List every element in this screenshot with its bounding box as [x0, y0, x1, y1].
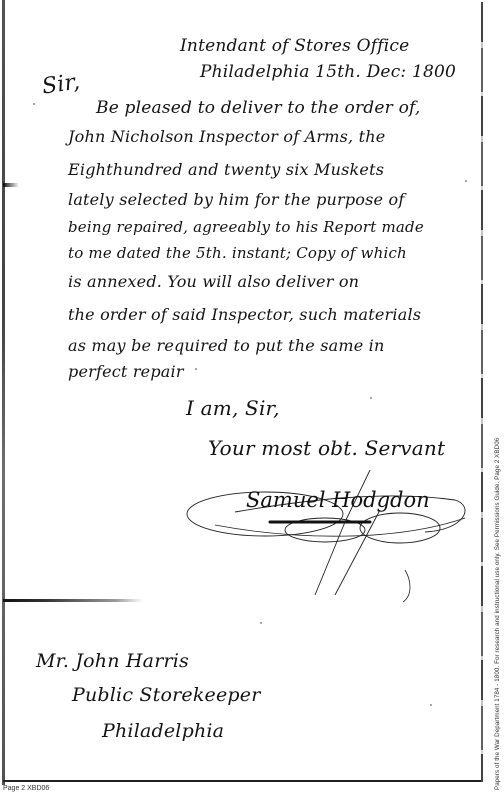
address-title: Public Storekeeper — [72, 684, 261, 706]
body-line-4: lately selected by him for the purpose o… — [68, 190, 404, 209]
scan-speck — [260, 622, 262, 624]
page-label: Page 2 XBD06 — [3, 785, 49, 792]
body-line-5: being repaired, agreeably to his Report … — [68, 218, 424, 236]
body-line-3: Eighthundred and twenty six Muskets — [68, 160, 384, 179]
body-line-7: is annexed. You will also deliver on — [68, 272, 359, 291]
scan-speck — [195, 368, 197, 370]
office-heading: Intendant of Stores Office — [180, 36, 409, 56]
body-line-10: perfect repair — [68, 362, 184, 381]
archive-side-caption: Papers of the War Department 1784 - 1800… — [494, 438, 501, 790]
scan-speck — [33, 103, 35, 105]
scan-speck — [465, 180, 467, 182]
paper-fold-mark — [3, 183, 19, 187]
address-city: Philadelphia — [102, 720, 224, 742]
place-date-line: Philadelphia 15th. Dec: 1800 — [200, 62, 456, 82]
paper-edge-bottom — [3, 780, 481, 782]
body-line-6: to me dated the 5th. instant; Copy of wh… — [68, 244, 407, 262]
scanned-letter-page: Intendant of Stores Office Philadelphia … — [0, 0, 504, 800]
closing-line-2: Your most obt. Servant — [208, 436, 445, 460]
closing-line-1: I am, Sir, — [186, 396, 280, 420]
salutation: Sir, — [40, 69, 81, 99]
body-line-8: the order of said Inspector, such materi… — [68, 305, 421, 324]
paper-edge-left — [2, 0, 5, 785]
paper-edge-right — [481, 2, 483, 782]
signature: Samuel Hodgdon — [246, 488, 430, 512]
scan-speck — [370, 397, 372, 399]
scan-speck — [430, 704, 432, 706]
body-line-1: Be pleased to deliver to the order of, — [96, 98, 421, 118]
address-name: Mr. John Harris — [36, 650, 189, 672]
body-line-9: as may be required to put the same in — [68, 336, 385, 355]
body-line-2: John Nicholson Inspector of Arms, the — [68, 127, 385, 146]
paper-fold-line — [3, 599, 143, 602]
